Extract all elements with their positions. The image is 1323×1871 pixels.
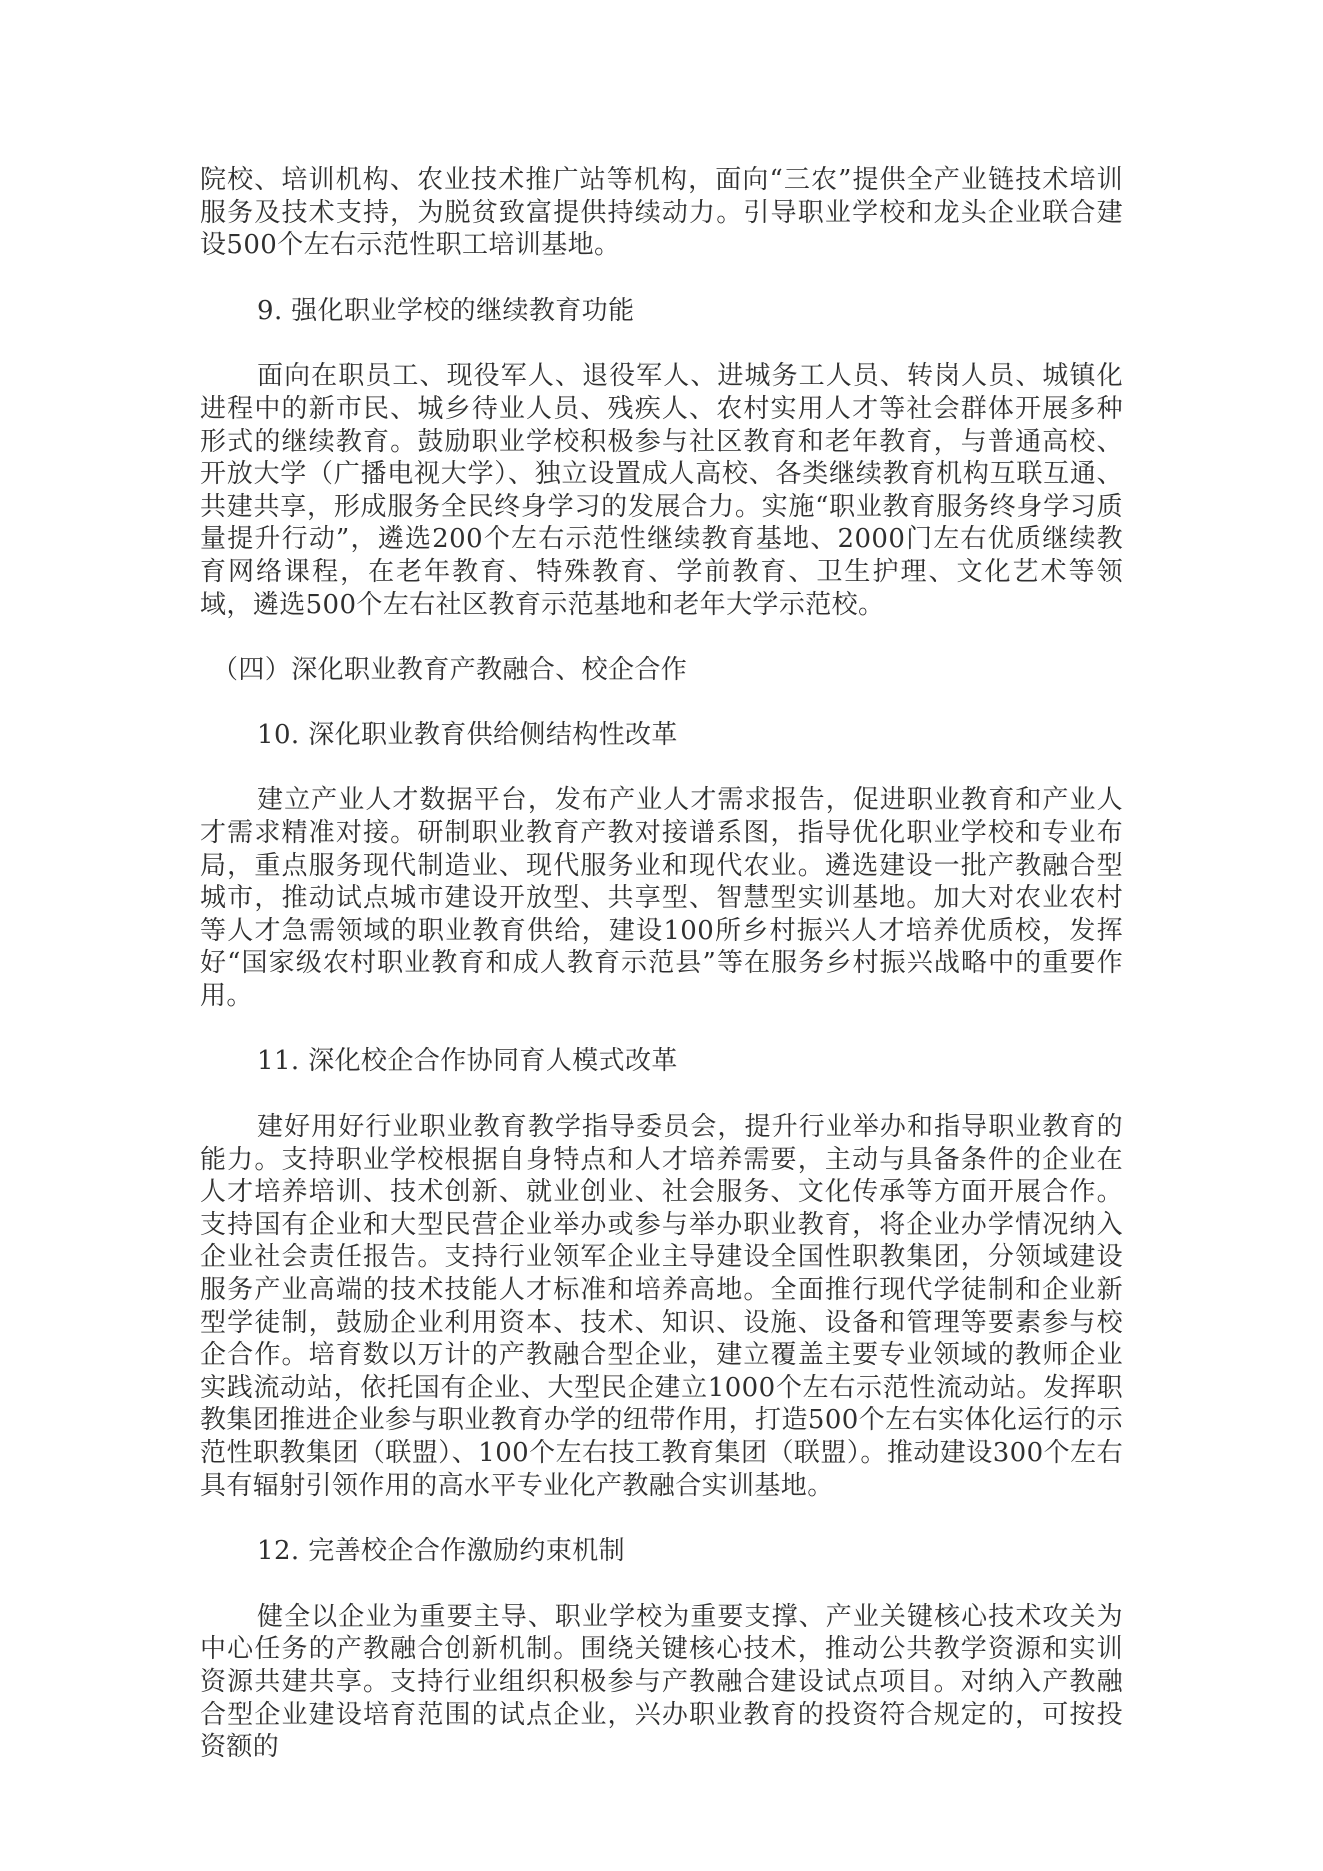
paragraph-incentive-mechanism: 健全以企业为重要主导、职业学校为重要支撑、产业关键核心技术攻关为中心任务的产教融…: [200, 1601, 1123, 1764]
paragraph-continuation: 院校、培训机构、农业技术推广站等机构，面向“三农”提供全产业链技术培训服务及技术…: [200, 164, 1123, 262]
paragraph-continuing-education: 面向在职员工、现役军人、退役军人、进城务工人员、转岗人员、城镇化进程中的新市民、…: [200, 360, 1123, 621]
spacer: [200, 262, 1123, 295]
document-page: 院校、培训机构、农业技术推广站等机构，面向“三农”提供全产业链技术培训服务及技术…: [200, 164, 1123, 1764]
paragraph-school-enterprise-cooperation: 建好用好行业职业教育教学指导委员会，提升行业举办和指导职业教育的能力。支持职业学…: [200, 1111, 1123, 1502]
heading-item-12: 12. 完善校企合作激励约束机制: [200, 1535, 1123, 1568]
paragraph-supply-side-reform: 建立产业人才数据平台，发布产业人才需求报告，促进职业教育和产业人才需求精准对接。…: [200, 784, 1123, 1012]
spacer: [200, 751, 1123, 784]
section-heading-4: （四）深化职业教育产教融合、校企合作: [200, 654, 1123, 687]
spacer: [200, 327, 1123, 360]
spacer: [200, 621, 1123, 654]
spacer: [200, 1502, 1123, 1535]
heading-item-9: 9. 强化职业学校的继续教育功能: [200, 295, 1123, 328]
spacer: [200, 687, 1123, 719]
spacer: [200, 1568, 1123, 1601]
heading-item-10: 10. 深化职业教育供给侧结构性改革: [200, 719, 1123, 752]
spacer: [200, 1078, 1123, 1111]
heading-item-11: 11. 深化校企合作协同育人模式改革: [200, 1045, 1123, 1078]
spacer: [200, 1012, 1123, 1045]
